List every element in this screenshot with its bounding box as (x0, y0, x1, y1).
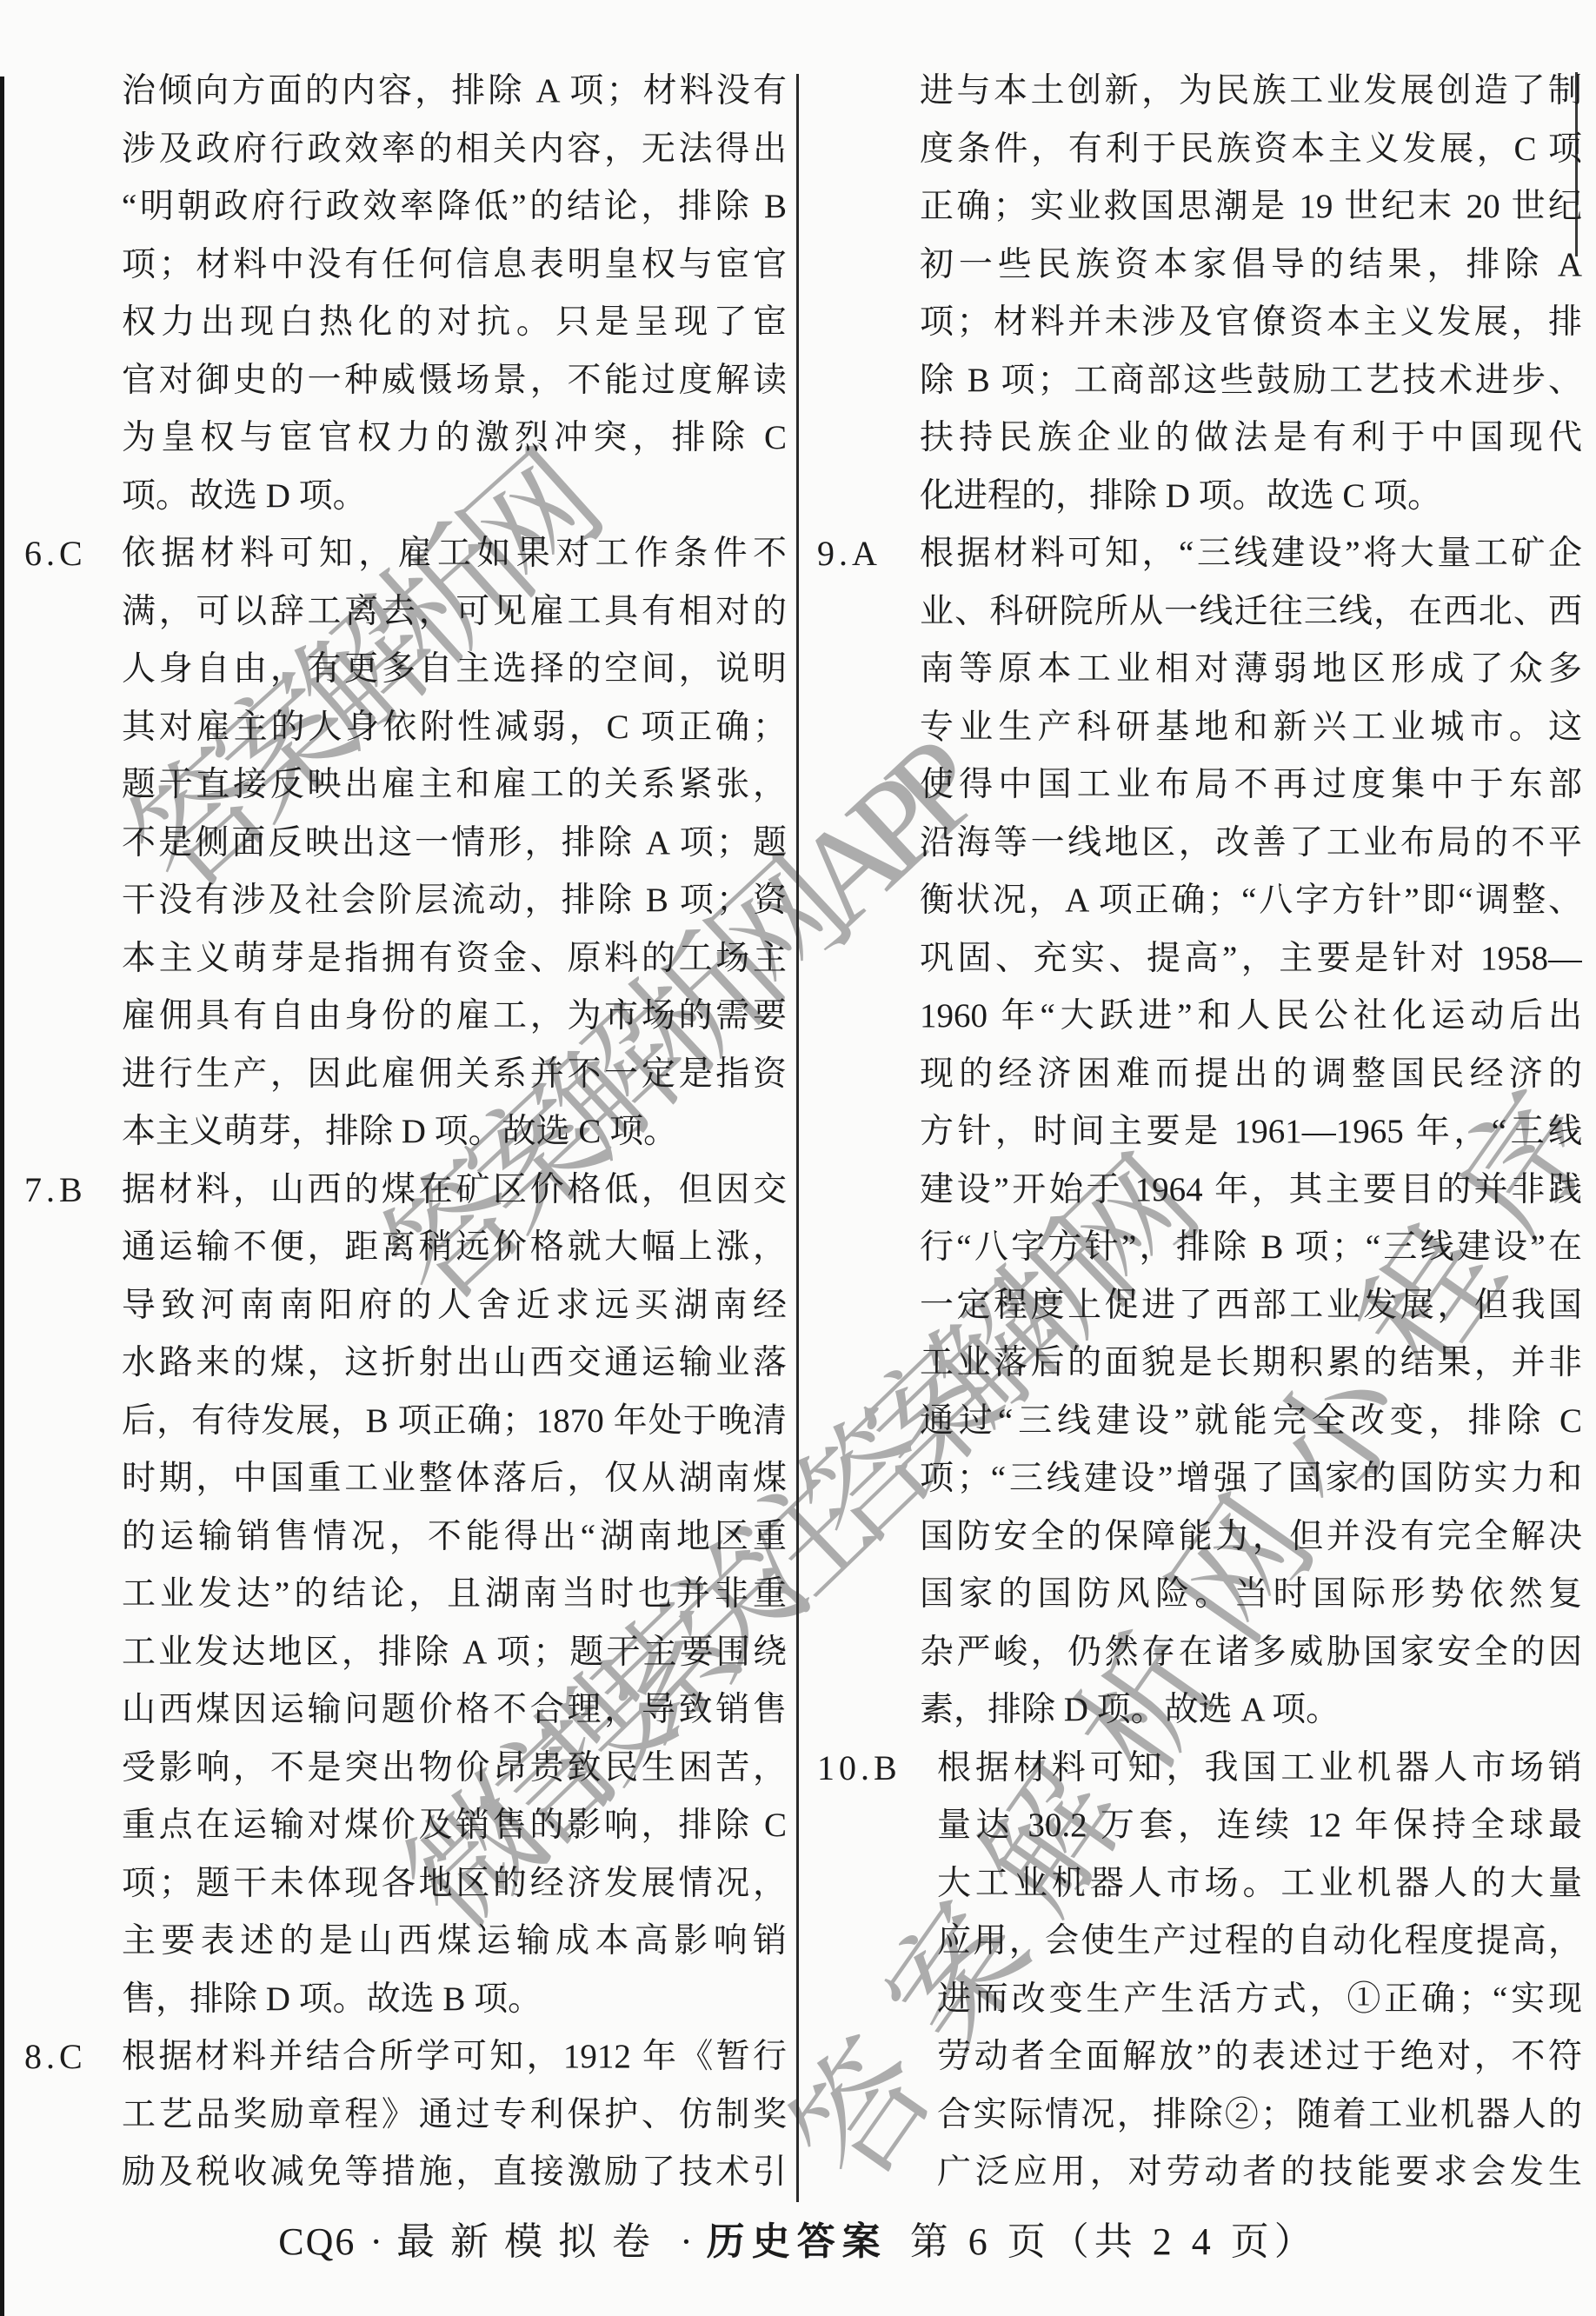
text-line: 售，排除 D 项。故选 B 项。 (122, 1971, 787, 2029)
page-number: 第 6 页（共 2 4 页） (910, 2220, 1318, 2263)
answer-item-label: 9.A (817, 525, 881, 583)
text-line: 进行生产，因此雇佣关系并不一定是指资 (122, 1046, 787, 1104)
text-line: 的运输销售情况，不能得出“湖南地区重 (122, 1508, 787, 1567)
text-line: 工业发达”的结论，且湖南当时也并非重 (122, 1566, 787, 1624)
exam-answer-page: 答案解析网 答案解析网APP 微信搜索关注答案解析网 答案解析网小程序 治倾向方… (0, 0, 1596, 2316)
paper-subject: 历史答案 (707, 2220, 888, 2263)
text-line: 大工业机器人市场。工业机器人的大量 (937, 1855, 1582, 1913)
answer-item: 9.A根据材料可知，“三线建设”将大量工矿企业、科研院所从一线迁往三线，在西北、… (817, 525, 1582, 1740)
text-line: 正确；实业救国思潮是 19 世纪末 20 世纪 (920, 178, 1582, 236)
text-line: 权力出现白热化的对抗。只是呈现了宦 (122, 294, 787, 352)
text-line: 水路来的煤，这折射出山西交通运输业落 (122, 1334, 787, 1393)
text-line: 官对御史的一种威慑场景，不能过度解读 (122, 352, 787, 410)
text-line: 不是侧面反映出这一情形，排除 A 项；题 (122, 815, 787, 873)
text-line: 工业落后的面貌是长期积累的结果，并非 (920, 1334, 1582, 1393)
text-line: 满，可以辞工离去，可见雇工具有相对的 (122, 583, 787, 642)
text-line: 本主义萌芽，排除 D 项。故选 C 项。 (122, 1103, 787, 1161)
answer-item: 6.C依据材料可知，雇工如果对工作条件不满，可以辞工离去，可见雇工具有相对的人身… (24, 525, 787, 1161)
text-line: 巩固、充实、提高”，主要是针对 1958— (920, 930, 1582, 988)
text-line: 根据材料可知，我国工业机器人市场销 (937, 1740, 1582, 1798)
text-line: 进与本土创新，为民族工业发展创造了制 (920, 63, 1582, 121)
text-line: 建设”开始于 1964 年，其主要目的并非践 (920, 1161, 1582, 1220)
text-line: 依据材料可知，雇工如果对工作条件不 (122, 525, 787, 583)
text-line: 涉及政府行政效率的相关内容，无法得出 (122, 121, 787, 179)
text-line: 主要表述的是山西煤运输成本高影响销 (122, 1913, 787, 1971)
text-line: 励及税收减免等措施，直接激励了技术引 (122, 2144, 787, 2202)
text-line: 素，排除 D 项。故选 A 项。 (920, 1681, 1582, 1740)
text-line: 衡状况，A 项正确；“八字方针”即“调整、 (920, 872, 1582, 930)
text-line: 方针，时间主要是 1961—1965 年，“三线 (920, 1103, 1582, 1161)
column-divider-rule (796, 74, 799, 2202)
answer-item-label: 10.B (817, 1740, 901, 1798)
text-line: 国家的国防风险。当时国际形势依然复 (920, 1566, 1582, 1624)
footer-dot: · (680, 2220, 693, 2263)
text-line: 除 B 项；工商部这些鼓励工艺技术进步、 (920, 352, 1582, 410)
footer-dot: · (369, 2220, 382, 2263)
continuation-block: 治倾向方面的内容，排除 A 项；材料没有涉及政府行政效率的相关内容，无法得出“明… (24, 63, 787, 525)
answer-item: 7.B据材料，山西的煤在矿区价格低，但因交通运输不便，距离稍远价格就大幅上涨，导… (24, 1161, 787, 2029)
text-line: 题干直接反映出雇主和雇工的关系紧张， (122, 756, 787, 815)
text-line: 工艺品奖励章程》通过专利保护、仿制奖 (122, 2086, 787, 2145)
text-line: 项；“三线建设”增强了国家的国防实力和 (920, 1450, 1582, 1508)
text-line: 合实际情况，排除②；随着工业机器人的 (937, 2086, 1582, 2145)
text-line: 导致河南南阳府的人舍近求远买湖南经 (122, 1277, 787, 1335)
text-line: 时期，中国重工业整体落后，仅从湖南煤 (122, 1450, 787, 1508)
text-line: 项；题干未体现各地区的经济发展情况， (122, 1855, 787, 1913)
text-line: 雇佣具有自由身份的雇工，为市场的需要 (122, 988, 787, 1046)
text-line: 劳动者全面解放”的表述过于绝对，不符 (937, 2028, 1582, 2086)
text-line: 工业发达地区，排除 A 项；题干主要围绕 (122, 1624, 787, 1682)
text-line: 山西煤因运输问题价格不合理，导致销售 (122, 1681, 787, 1740)
answer-item-label: 6.C (24, 525, 87, 583)
text-line: 化进程的，排除 D 项。故选 C 项。 (920, 468, 1582, 526)
text-line: 杂严峻，仍然存在诸多威胁国家安全的因 (920, 1624, 1582, 1682)
text-line: 沿海等一线地区，改善了工业布局的不平 (920, 815, 1582, 873)
page-left-edge (0, 77, 4, 2316)
text-line: 现的经济困难而提出的调整国民经济的 (920, 1046, 1582, 1104)
text-line: 项；材料并未涉及官僚资本主义发展，排 (920, 294, 1582, 352)
text-line: 其对雇主的人身依附性减弱，C 项正确； (122, 699, 787, 757)
text-line: 度条件，有利于民族资本主义发展，C 项 (920, 121, 1582, 179)
text-line: 进而改变生产生活方式，①正确；“实现 (937, 1971, 1582, 2029)
text-line: 为皇权与宦官权力的激烈冲突，排除 C (122, 409, 787, 468)
text-line: 项；材料中没有任何信息表明皇权与宦官 (122, 236, 787, 295)
answer-item: 8.C根据材料并结合所学可知，1912 年《暂行工艺品奖励章程》通过专利保护、仿… (24, 2028, 787, 2202)
text-line: 业、科研院所从一线迁往三线，在西北、西 (920, 583, 1582, 642)
text-line: 扶持民族企业的做法是有利于中国现代 (920, 409, 1582, 468)
text-line: 据材料，山西的煤在矿区价格低，但因交 (122, 1161, 787, 1220)
text-line: 受影响，不是突出物价昂贵致民生困苦， (122, 1740, 787, 1798)
text-line: 根据材料并结合所学可知，1912 年《暂行 (122, 2028, 787, 2086)
text-line: 国防安全的保障能力，但并没有完全解决 (920, 1508, 1582, 1567)
answer-item: 10.B根据材料可知，我国工业机器人市场销量达 30.2 万套，连续 12 年保… (817, 1740, 1582, 2202)
text-line: 项。故选 D 项。 (122, 468, 787, 526)
text-line: 专业生产科研基地和新兴工业城市。这 (920, 699, 1582, 757)
text-line: 根据材料可知，“三线建设”将大量工矿企 (920, 525, 1582, 583)
text-line: “明朝政府行政效率降低”的结论，排除 B (122, 178, 787, 236)
left-text-column: 治倾向方面的内容，排除 A 项；材料没有涉及政府行政效率的相关内容，无法得出“明… (24, 63, 787, 2202)
text-line: 1960 年“大跃进”和人民公社化运动后出 (920, 988, 1582, 1046)
text-line: 行“八字方针”，排除 B 项；“三线建设”在 (920, 1219, 1582, 1277)
text-line: 通运输不便，距离稍远价格就大幅上涨， (122, 1219, 787, 1277)
paper-code: CQ6 (278, 2220, 356, 2263)
answer-item-label: 7.B (24, 1161, 87, 1220)
text-line: 重点在运输对煤价及销售的影响，排除 C (122, 1797, 787, 1855)
continuation-block: 进与本土创新，为民族工业发展创造了制度条件，有利于民族资本主义发展，C 项正确；… (817, 63, 1582, 525)
text-line: 通过“三线建设”就能完全改变，排除 C (920, 1393, 1582, 1451)
right-text-column: 进与本土创新，为民族工业发展创造了制度条件，有利于民族资本主义发展，C 项正确；… (817, 63, 1582, 2202)
text-line: 量达 30.2 万套，连续 12 年保持全球最 (937, 1797, 1582, 1855)
text-line: 初一些民族资本家倡导的结果，排除 A (920, 236, 1582, 295)
text-line: 一定程度上促进了西部工业发展，但我国 (920, 1277, 1582, 1335)
text-line: 干没有涉及社会阶层流动，排除 B 项；资 (122, 872, 787, 930)
text-line: 本主义萌芽是指拥有资金、原料的工场主 (122, 930, 787, 988)
text-line: 使得中国工业布局不再过度集中于东部 (920, 756, 1582, 815)
text-line: 广泛应用，对劳动者的技能要求会发生 (937, 2144, 1582, 2202)
answer-item-label: 8.C (24, 2028, 87, 2086)
page-footer: CQ6·最新模拟卷·历史答案第 6 页（共 2 4 页） (0, 2210, 1596, 2266)
text-line: 人身自由，有更多自主选择的空间，说明 (122, 641, 787, 699)
text-line: 南等原本工业相对薄弱地区形成了众多 (920, 641, 1582, 699)
text-line: 治倾向方面的内容，排除 A 项；材料没有 (122, 63, 787, 121)
paper-series: 最新模拟卷 (396, 2220, 666, 2263)
text-line: 应用，会使生产过程的自动化程度提高， (937, 1913, 1582, 1971)
text-line: 后，有待发展，B 项正确；1870 年处于晚清 (122, 1393, 787, 1451)
